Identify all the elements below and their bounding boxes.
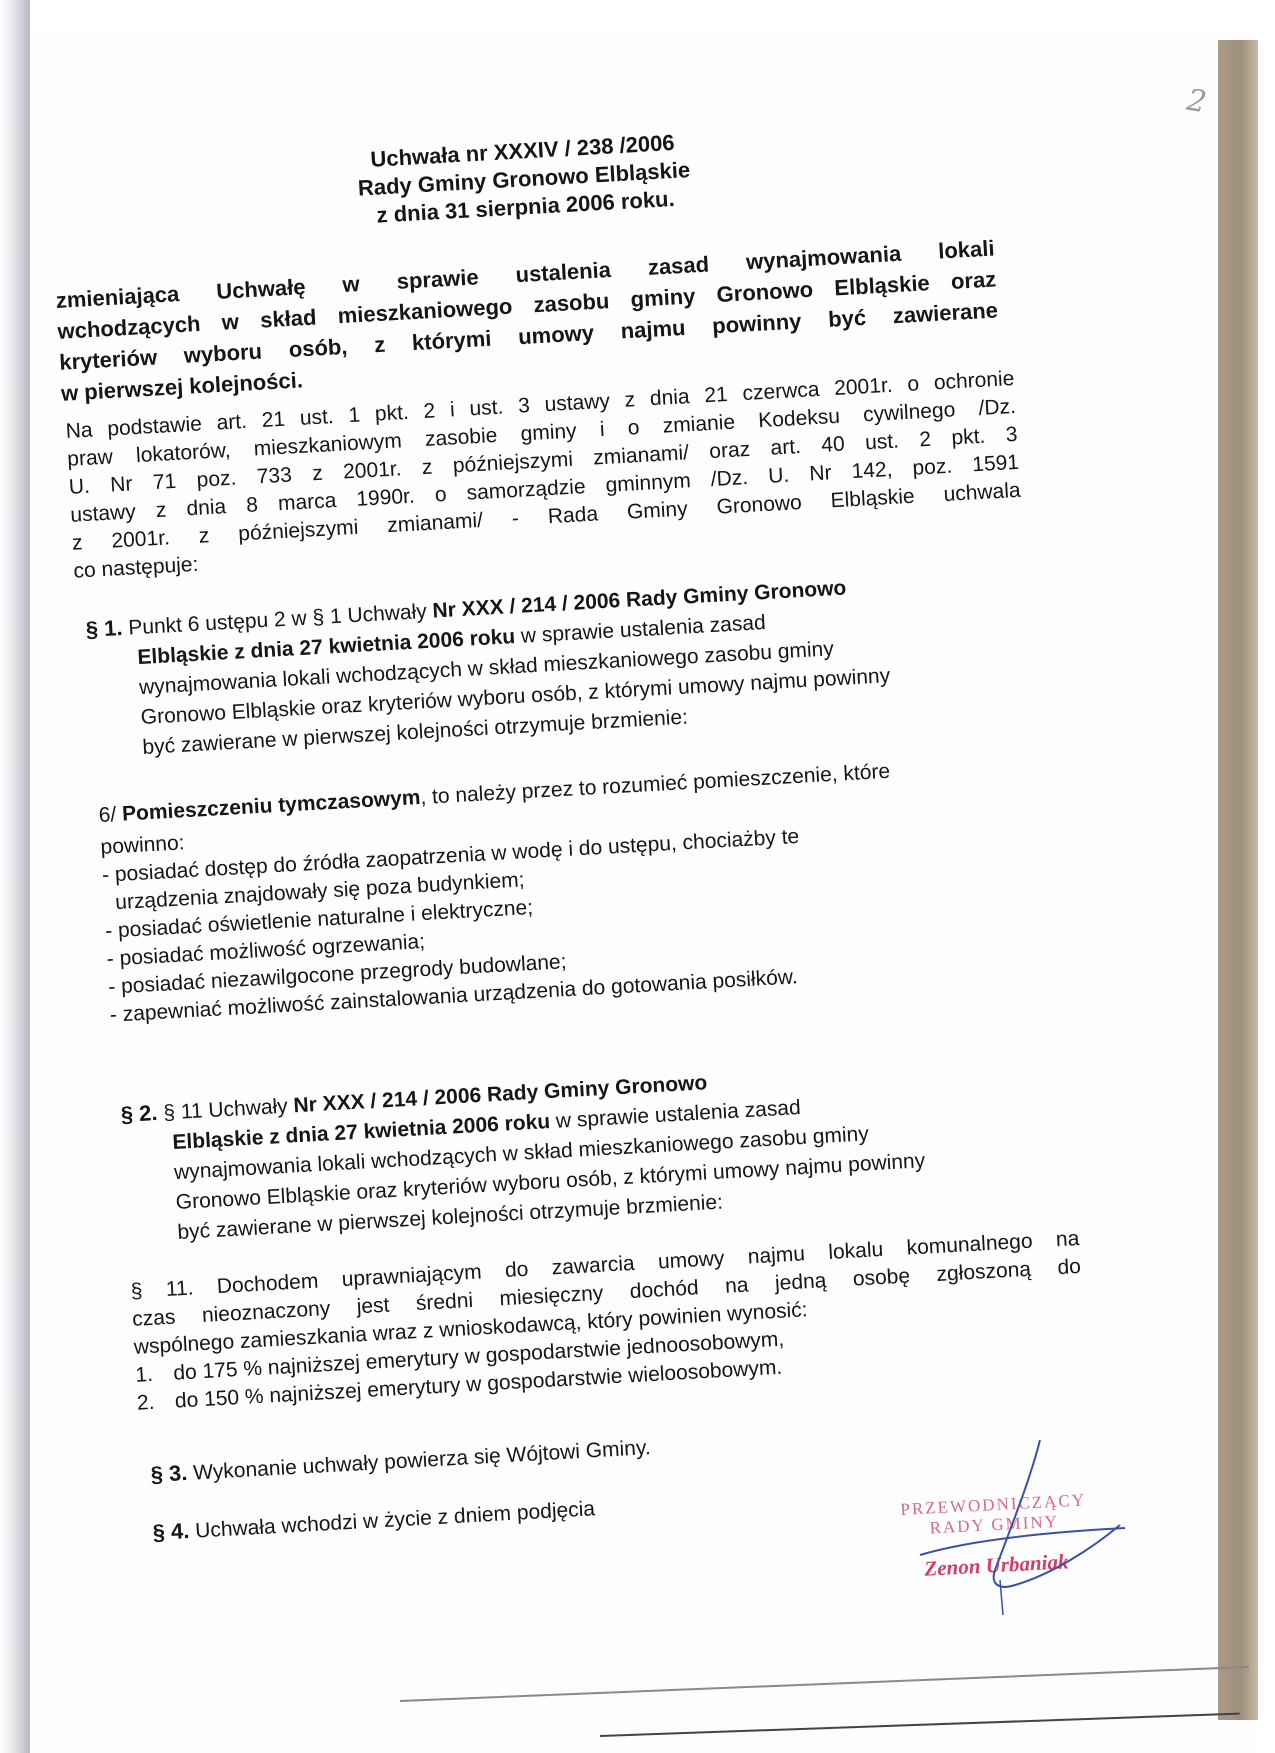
section-text: Uchwała wchodzi w życie z dniem podjęcia — [195, 1497, 596, 1542]
section-4: § 4. Uchwała wchodzi w życie z dniem pod… — [152, 1495, 596, 1547]
section-sign: § 3. — [150, 1460, 188, 1487]
section-text: Wykonanie uchwały powierza się Wójtowi G… — [193, 1436, 652, 1485]
resolution-title: Uchwała nr XXXIV / 238 /2006 Rady Gminy … — [332, 127, 716, 232]
section-text: § 11 Uchwały — [163, 1094, 294, 1124]
point-number: 6/ — [98, 803, 123, 827]
document-content: Uchwała nr XXXIV / 238 /2006 Rady Gminy … — [0, 0, 1275, 1753]
section-sign: § 1. — [85, 615, 123, 642]
section-1: § 1. Punkt 6 ustępu 2 w § 1 Uchwały Nr X… — [85, 570, 893, 765]
signature-icon — [900, 1440, 1140, 1620]
section-3: § 3. Wykonanie uchwały powierza się Wójt… — [150, 1434, 651, 1489]
section-11-text: § 11. Dochodem uprawniającym do zawarcia… — [130, 1225, 1086, 1418]
section-sign: § 2. — [120, 1100, 158, 1127]
section-sign: § 4. — [152, 1518, 190, 1545]
section-2: § 2. § 11 Uchwały Nr XXX / 214 / 2006 Ra… — [120, 1055, 928, 1250]
item-number: 1. — [135, 1360, 175, 1390]
point-6-definition: 6/ Pomieszczeniu tymczasowym, to należy … — [98, 758, 902, 1030]
item-number: 2. — [136, 1388, 176, 1418]
